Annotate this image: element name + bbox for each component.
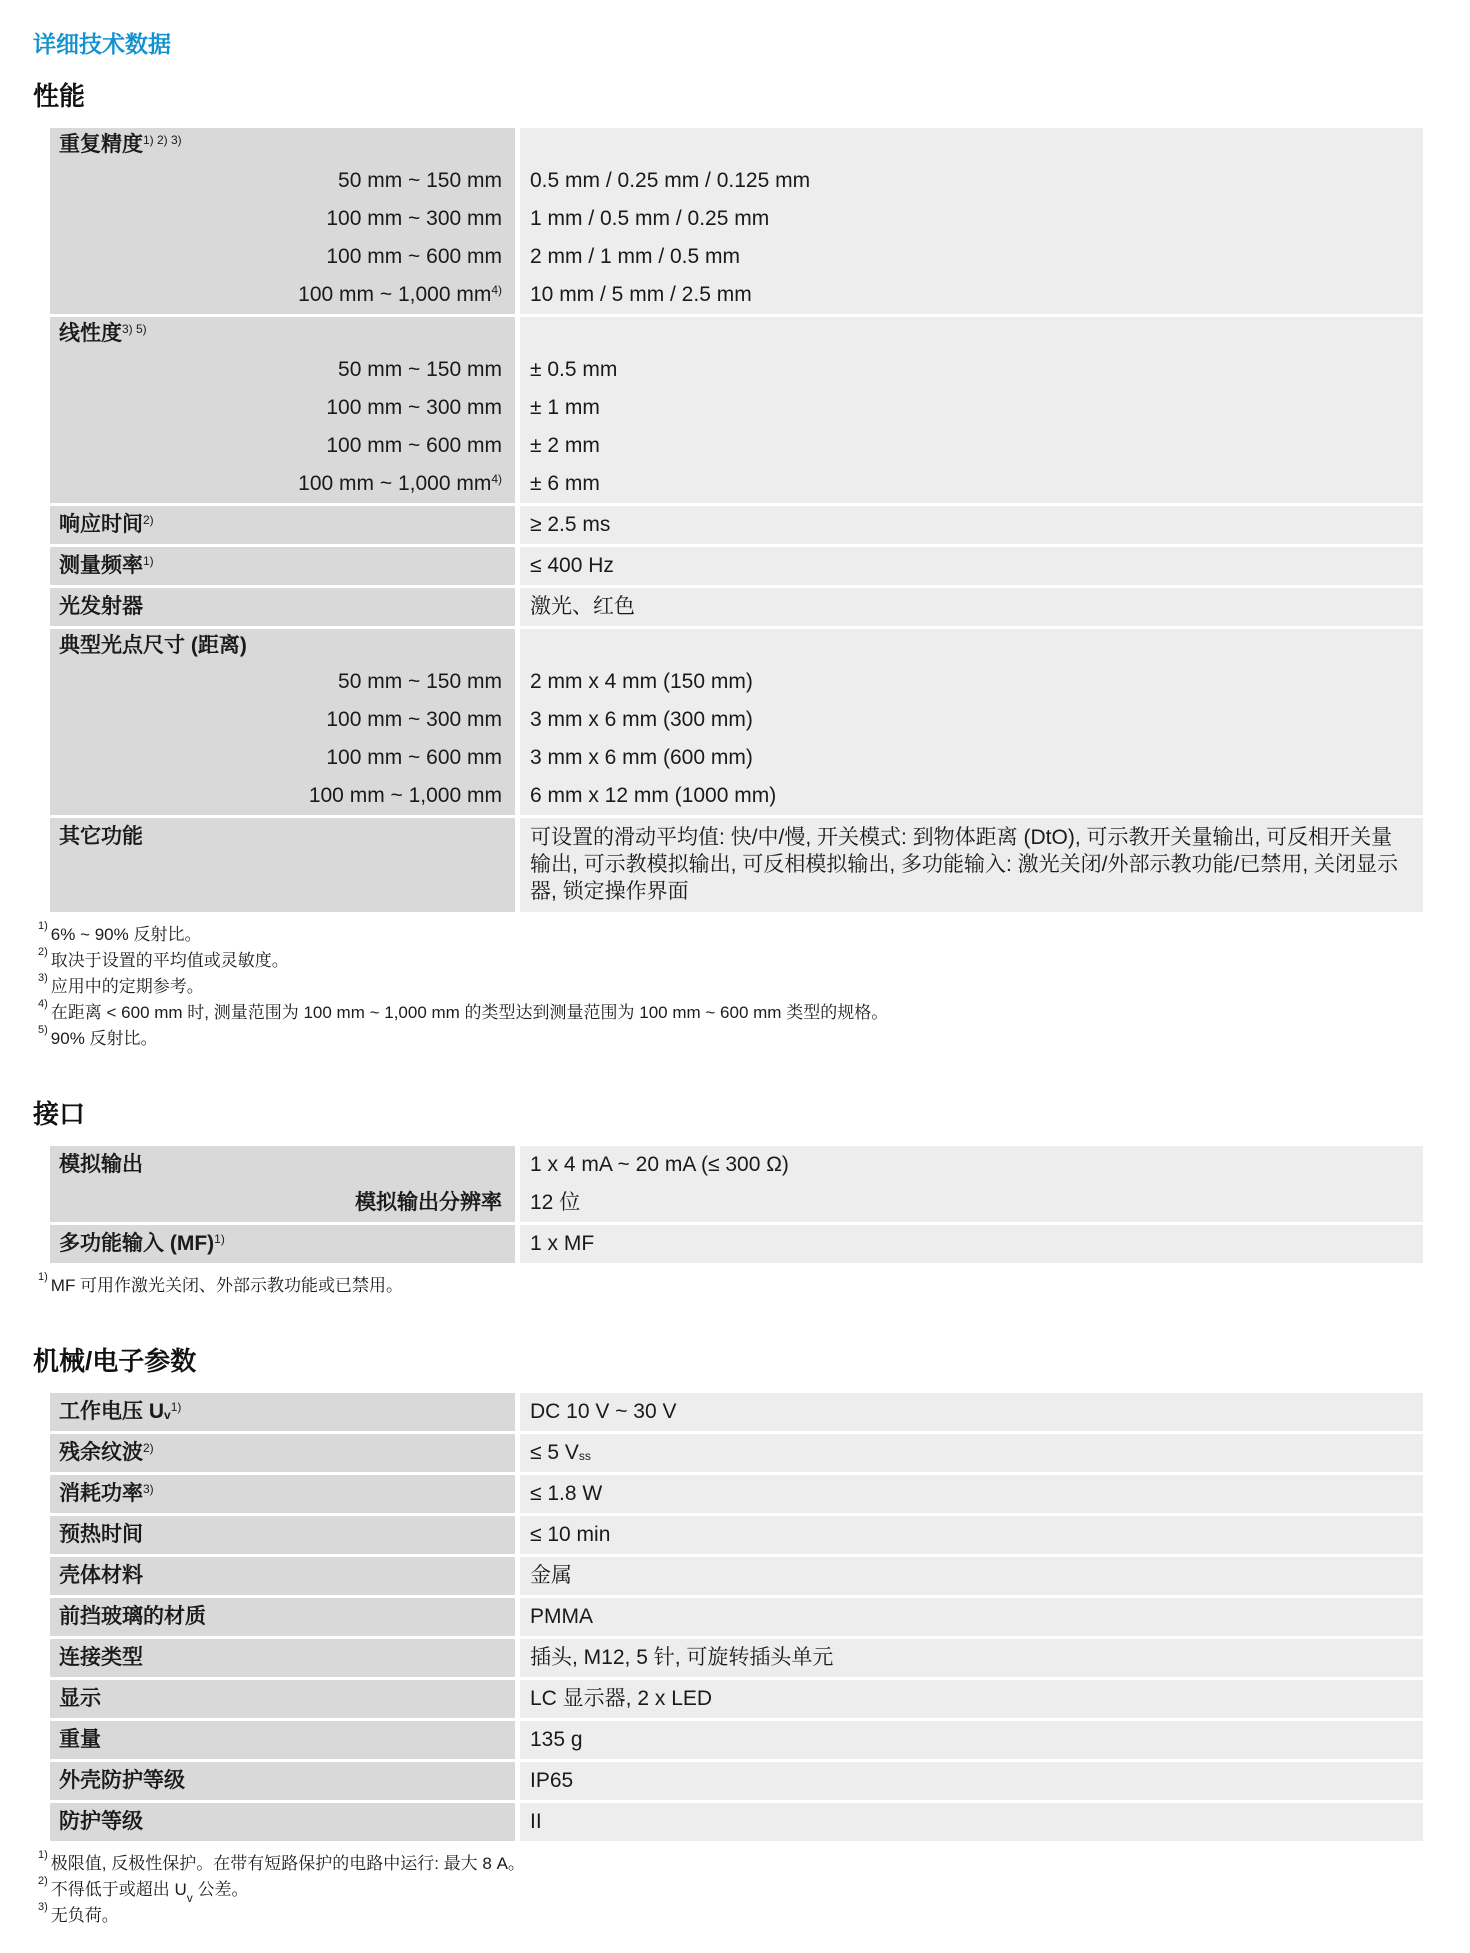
value-cell: 2 mm x 4 mm (150 mm)3 mm x 6 mm (300 mm)… — [520, 629, 1423, 815]
spec-row: 前挡玻璃的材质PMMA — [50, 1598, 1423, 1636]
footnote-marker: 3) — [38, 972, 48, 984]
label-cell: 预热时间 — [50, 1516, 515, 1554]
label-cell: 前挡玻璃的材质 — [50, 1598, 515, 1636]
property-label: 工作电压 Uv 1) — [50, 1393, 515, 1431]
sub-label: 100 mm ~ 300 mm — [50, 701, 515, 739]
datasheet-page: 详细技术数据 性能 重复精度 1) 2) 3)50 mm ~ 150 mm100… — [0, 0, 1470, 1953]
label-cell: 测量频率 1) — [50, 547, 515, 585]
footnote-marker: 5) — [38, 1024, 48, 1036]
spec-row: 工作电压 Uv 1)DC 10 V ~ 30 V — [50, 1393, 1423, 1431]
label-cell: 响应时间 2) — [50, 506, 515, 544]
section-heading: 性能 — [33, 80, 1423, 112]
property-label: 消耗功率 3) — [50, 1475, 515, 1513]
value-cell: ≤ 5 Vss — [520, 1434, 1423, 1472]
footnote: 4)在距离 < 600 mm 时, 测量范围为 100 mm ~ 1,000 m… — [38, 1000, 1423, 1026]
label-cell: 显示 — [50, 1680, 515, 1718]
label-cell: 工作电压 Uv 1) — [50, 1393, 515, 1431]
section-heading: 机械/电子参数 — [33, 1345, 1423, 1377]
spec-row: 外壳防护等级IP65 — [50, 1762, 1423, 1800]
footnote: 2)不得低于或超出 Uv 公差。 — [38, 1877, 1423, 1903]
property-value: IP65 — [520, 1762, 1423, 1800]
value-cell: IP65 — [520, 1762, 1423, 1800]
footnote-marker: 4) — [38, 998, 48, 1010]
sub-label: 100 mm ~ 1,000 mm 4) — [50, 465, 515, 503]
property-label: 预热时间 — [50, 1516, 515, 1554]
property-value: 135 g — [520, 1721, 1423, 1759]
spec-row: 模拟输出模拟输出分辨率1 x 4 mA ~ 20 mA (≤ 300 Ω)12 … — [50, 1146, 1423, 1222]
label-cell: 外壳防护等级 — [50, 1762, 515, 1800]
footnote: 1)极限值, 反极性保护。在带有短路保护的电路中运行: 最大 8 A。 — [38, 1851, 1423, 1877]
value-cell: 135 g — [520, 1721, 1423, 1759]
property-label: 重量 — [50, 1721, 515, 1759]
label-cell: 线性度 3) 5)50 mm ~ 150 mm100 mm ~ 300 mm10… — [50, 317, 515, 503]
spec-row: 防护等级II — [50, 1803, 1423, 1841]
page-title: 详细技术数据 — [33, 30, 1423, 58]
spec-table: 模拟输出模拟输出分辨率1 x 4 mA ~ 20 mA (≤ 300 Ω)12 … — [50, 1146, 1423, 1263]
value-cell: 0.5 mm / 0.25 mm / 0.125 mm1 mm / 0.5 mm… — [520, 128, 1423, 314]
value-cell: 激光、红色 — [520, 588, 1423, 626]
property-value: 金属 — [520, 1557, 1423, 1595]
sub-value: 12 位 — [520, 1184, 1423, 1222]
property-label: 多功能输入 (MF) 1) — [50, 1225, 515, 1263]
sub-value: 0.5 mm / 0.25 mm / 0.125 mm — [520, 162, 1423, 200]
property-value: ≤ 400 Hz — [520, 547, 1423, 585]
value-cell: DC 10 V ~ 30 V — [520, 1393, 1423, 1431]
sub-value: ± 2 mm — [520, 427, 1423, 465]
property-label: 光发射器 — [50, 588, 515, 626]
property-label: 残余纹波 2) — [50, 1434, 515, 1472]
property-value: ≤ 10 min — [520, 1516, 1423, 1554]
spec-row: 残余纹波 2)≤ 5 Vss — [50, 1434, 1423, 1472]
label-cell: 连接类型 — [50, 1639, 515, 1677]
spec-row: 消耗功率 3)≤ 1.8 W — [50, 1475, 1423, 1513]
footnote: 5)90% 反射比。 — [38, 1026, 1423, 1052]
label-cell: 典型光点尺寸 (距离)50 mm ~ 150 mm100 mm ~ 300 mm… — [50, 629, 515, 815]
sub-label: 50 mm ~ 150 mm — [50, 351, 515, 389]
property-value: 1 x MF — [520, 1225, 1423, 1263]
footnotes: 1)MF 可用作激光关闭、外部示教功能或已禁用。 — [38, 1273, 1423, 1299]
property-value: LC 显示器, 2 x LED — [520, 1680, 1423, 1718]
footnote: 1)6% ~ 90% 反射比。 — [38, 922, 1423, 948]
spec-section: 机械/电子参数 工作电压 Uv 1)DC 10 V ~ 30 V残余纹波 2)≤… — [33, 1345, 1423, 1929]
spec-table: 重复精度 1) 2) 3)50 mm ~ 150 mm100 mm ~ 300 … — [50, 128, 1423, 912]
footnote: 3)无负荷。 — [38, 1903, 1423, 1929]
label-cell: 重复精度 1) 2) 3)50 mm ~ 150 mm100 mm ~ 300 … — [50, 128, 515, 314]
value-cell: 1 x MF — [520, 1225, 1423, 1263]
value-cell: LC 显示器, 2 x LED — [520, 1680, 1423, 1718]
property-value: ≤ 5 Vss — [520, 1434, 1423, 1472]
property-value: 可设置的滑动平均值: 快/中/慢, 开关模式: 到物体距离 (DtO), 可示教… — [520, 818, 1423, 912]
sections-container: 性能 重复精度 1) 2) 3)50 mm ~ 150 mm100 mm ~ 3… — [33, 80, 1423, 1929]
property-value: ≥ 2.5 ms — [520, 506, 1423, 544]
property-label: 典型光点尺寸 (距离) — [50, 629, 515, 663]
property-label: 其它功能 — [50, 818, 515, 856]
property-value: 1 x 4 mA ~ 20 mA (≤ 300 Ω) — [520, 1146, 1423, 1184]
spec-row: 其它功能可设置的滑动平均值: 快/中/慢, 开关模式: 到物体距离 (DtO),… — [50, 818, 1423, 912]
sub-value: 1 mm / 0.5 mm / 0.25 mm — [520, 200, 1423, 238]
property-value: II — [520, 1803, 1423, 1841]
spec-row: 显示LC 显示器, 2 x LED — [50, 1680, 1423, 1718]
label-cell: 重量 — [50, 1721, 515, 1759]
property-value — [520, 629, 1423, 663]
spec-row: 光发射器激光、红色 — [50, 588, 1423, 626]
sub-value: 3 mm x 6 mm (300 mm) — [520, 701, 1423, 739]
footnote-marker: 2) — [38, 1875, 48, 1887]
value-cell: PMMA — [520, 1598, 1423, 1636]
value-cell: 1 x 4 mA ~ 20 mA (≤ 300 Ω)12 位 — [520, 1146, 1423, 1222]
sub-label: 100 mm ~ 600 mm — [50, 739, 515, 777]
label-cell: 防护等级 — [50, 1803, 515, 1841]
property-label: 壳体材料 — [50, 1557, 515, 1595]
spec-row: 多功能输入 (MF) 1)1 x MF — [50, 1225, 1423, 1263]
spec-section: 接口 模拟输出模拟输出分辨率1 x 4 mA ~ 20 mA (≤ 300 Ω)… — [33, 1098, 1423, 1299]
property-value: 插头, M12, 5 针, 可旋转插头单元 — [520, 1639, 1423, 1677]
property-label: 重复精度 1) 2) 3) — [50, 128, 515, 162]
spec-row: 重量135 g — [50, 1721, 1423, 1759]
footnote: 3)应用中的定期参考。 — [38, 974, 1423, 1000]
property-value: PMMA — [520, 1598, 1423, 1636]
spec-row: 线性度 3) 5)50 mm ~ 150 mm100 mm ~ 300 mm10… — [50, 317, 1423, 503]
label-cell: 消耗功率 3) — [50, 1475, 515, 1513]
sub-label: 100 mm ~ 600 mm — [50, 427, 515, 465]
label-cell: 模拟输出模拟输出分辨率 — [50, 1146, 515, 1222]
footnote-marker: 1) — [38, 1271, 48, 1283]
sub-value: 3 mm x 6 mm (600 mm) — [520, 739, 1423, 777]
footnote: 1)MF 可用作激光关闭、外部示教功能或已禁用。 — [38, 1273, 1423, 1299]
sub-label: 50 mm ~ 150 mm — [50, 663, 515, 701]
footnotes: 1)极限值, 反极性保护。在带有短路保护的电路中运行: 最大 8 A。2)不得低… — [38, 1851, 1423, 1929]
section-heading: 接口 — [33, 1098, 1423, 1130]
sub-label: 100 mm ~ 600 mm — [50, 238, 515, 276]
spec-table: 工作电压 Uv 1)DC 10 V ~ 30 V残余纹波 2)≤ 5 Vss消耗… — [50, 1393, 1423, 1841]
footnotes: 1)6% ~ 90% 反射比。2)取决于设置的平均值或灵敏度。3)应用中的定期参… — [38, 922, 1423, 1052]
spec-row: 预热时间≤ 10 min — [50, 1516, 1423, 1554]
value-cell: 插头, M12, 5 针, 可旋转插头单元 — [520, 1639, 1423, 1677]
property-label: 模拟输出 — [50, 1146, 515, 1184]
footnote-marker: 2) — [38, 946, 48, 958]
value-cell: ≥ 2.5 ms — [520, 506, 1423, 544]
property-value: ≤ 1.8 W — [520, 1475, 1423, 1513]
value-cell: ≤ 1.8 W — [520, 1475, 1423, 1513]
spec-row: 连接类型插头, M12, 5 针, 可旋转插头单元 — [50, 1639, 1423, 1677]
sub-value: 6 mm x 12 mm (1000 mm) — [520, 777, 1423, 815]
sub-label: 100 mm ~ 1,000 mm — [50, 777, 515, 815]
sub-value: ± 0.5 mm — [520, 351, 1423, 389]
property-label: 前挡玻璃的材质 — [50, 1598, 515, 1636]
sub-label: 50 mm ~ 150 mm — [50, 162, 515, 200]
spec-row: 典型光点尺寸 (距离)50 mm ~ 150 mm100 mm ~ 300 mm… — [50, 629, 1423, 815]
label-cell: 壳体材料 — [50, 1557, 515, 1595]
label-cell: 多功能输入 (MF) 1) — [50, 1225, 515, 1263]
label-cell: 残余纹波 2) — [50, 1434, 515, 1472]
sub-value: 10 mm / 5 mm / 2.5 mm — [520, 276, 1423, 314]
label-cell: 光发射器 — [50, 588, 515, 626]
property-label: 防护等级 — [50, 1803, 515, 1841]
property-label: 测量频率 1) — [50, 547, 515, 585]
sub-label: 模拟输出分辨率 — [50, 1184, 515, 1222]
value-cell: 金属 — [520, 1557, 1423, 1595]
property-value: DC 10 V ~ 30 V — [520, 1393, 1423, 1431]
sub-label: 100 mm ~ 1,000 mm 4) — [50, 276, 515, 314]
sub-value: ± 1 mm — [520, 389, 1423, 427]
property-label: 显示 — [50, 1680, 515, 1718]
spec-row: 响应时间 2)≥ 2.5 ms — [50, 506, 1423, 544]
property-value — [520, 317, 1423, 351]
spec-section: 性能 重复精度 1) 2) 3)50 mm ~ 150 mm100 mm ~ 3… — [33, 80, 1423, 1052]
sub-label: 100 mm ~ 300 mm — [50, 389, 515, 427]
property-label: 连接类型 — [50, 1639, 515, 1677]
footnote-marker: 1) — [38, 920, 48, 932]
value-cell: 可设置的滑动平均值: 快/中/慢, 开关模式: 到物体距离 (DtO), 可示教… — [520, 818, 1423, 912]
sub-value: 2 mm x 4 mm (150 mm) — [520, 663, 1423, 701]
spec-row: 壳体材料金属 — [50, 1557, 1423, 1595]
value-cell: ≤ 10 min — [520, 1516, 1423, 1554]
property-value — [520, 128, 1423, 162]
sub-label: 100 mm ~ 300 mm — [50, 200, 515, 238]
spec-row: 测量频率 1)≤ 400 Hz — [50, 547, 1423, 585]
property-label: 外壳防护等级 — [50, 1762, 515, 1800]
sub-value: 2 mm / 1 mm / 0.5 mm — [520, 238, 1423, 276]
footnote-marker: 1) — [38, 1849, 48, 1861]
footnote-marker: 3) — [38, 1901, 48, 1913]
spec-row: 重复精度 1) 2) 3)50 mm ~ 150 mm100 mm ~ 300 … — [50, 128, 1423, 314]
sub-value: ± 6 mm — [520, 465, 1423, 503]
footnote: 2)取决于设置的平均值或灵敏度。 — [38, 948, 1423, 974]
property-label: 响应时间 2) — [50, 506, 515, 544]
property-label: 线性度 3) 5) — [50, 317, 515, 351]
label-cell: 其它功能 — [50, 818, 515, 912]
value-cell: ≤ 400 Hz — [520, 547, 1423, 585]
value-cell: ± 0.5 mm± 1 mm± 2 mm± 6 mm — [520, 317, 1423, 503]
value-cell: II — [520, 1803, 1423, 1841]
property-value: 激光、红色 — [520, 588, 1423, 626]
